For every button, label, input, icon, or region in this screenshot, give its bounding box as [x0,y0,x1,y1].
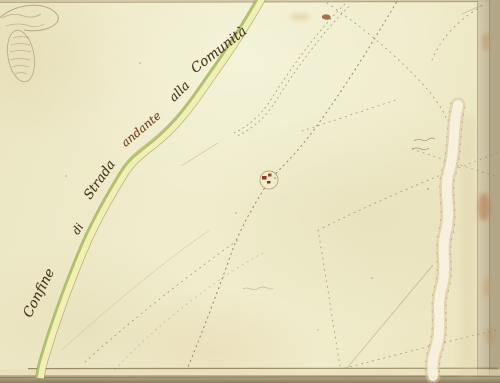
pencil-note-center [243,287,273,290]
main-road [37,0,262,378]
road-fill [40,0,262,378]
map-linework [0,0,500,383]
paper-edges [0,0,500,383]
pencil-note-right [412,138,435,150]
small-red-mark [322,14,331,20]
notary-seal [0,5,58,84]
paper-specks [65,62,429,330]
building-cluster [260,171,278,189]
map-scan: Confine di Strada andante alla Comunità [0,0,500,383]
stream-band [425,103,476,378]
paper-stain [290,13,310,21]
